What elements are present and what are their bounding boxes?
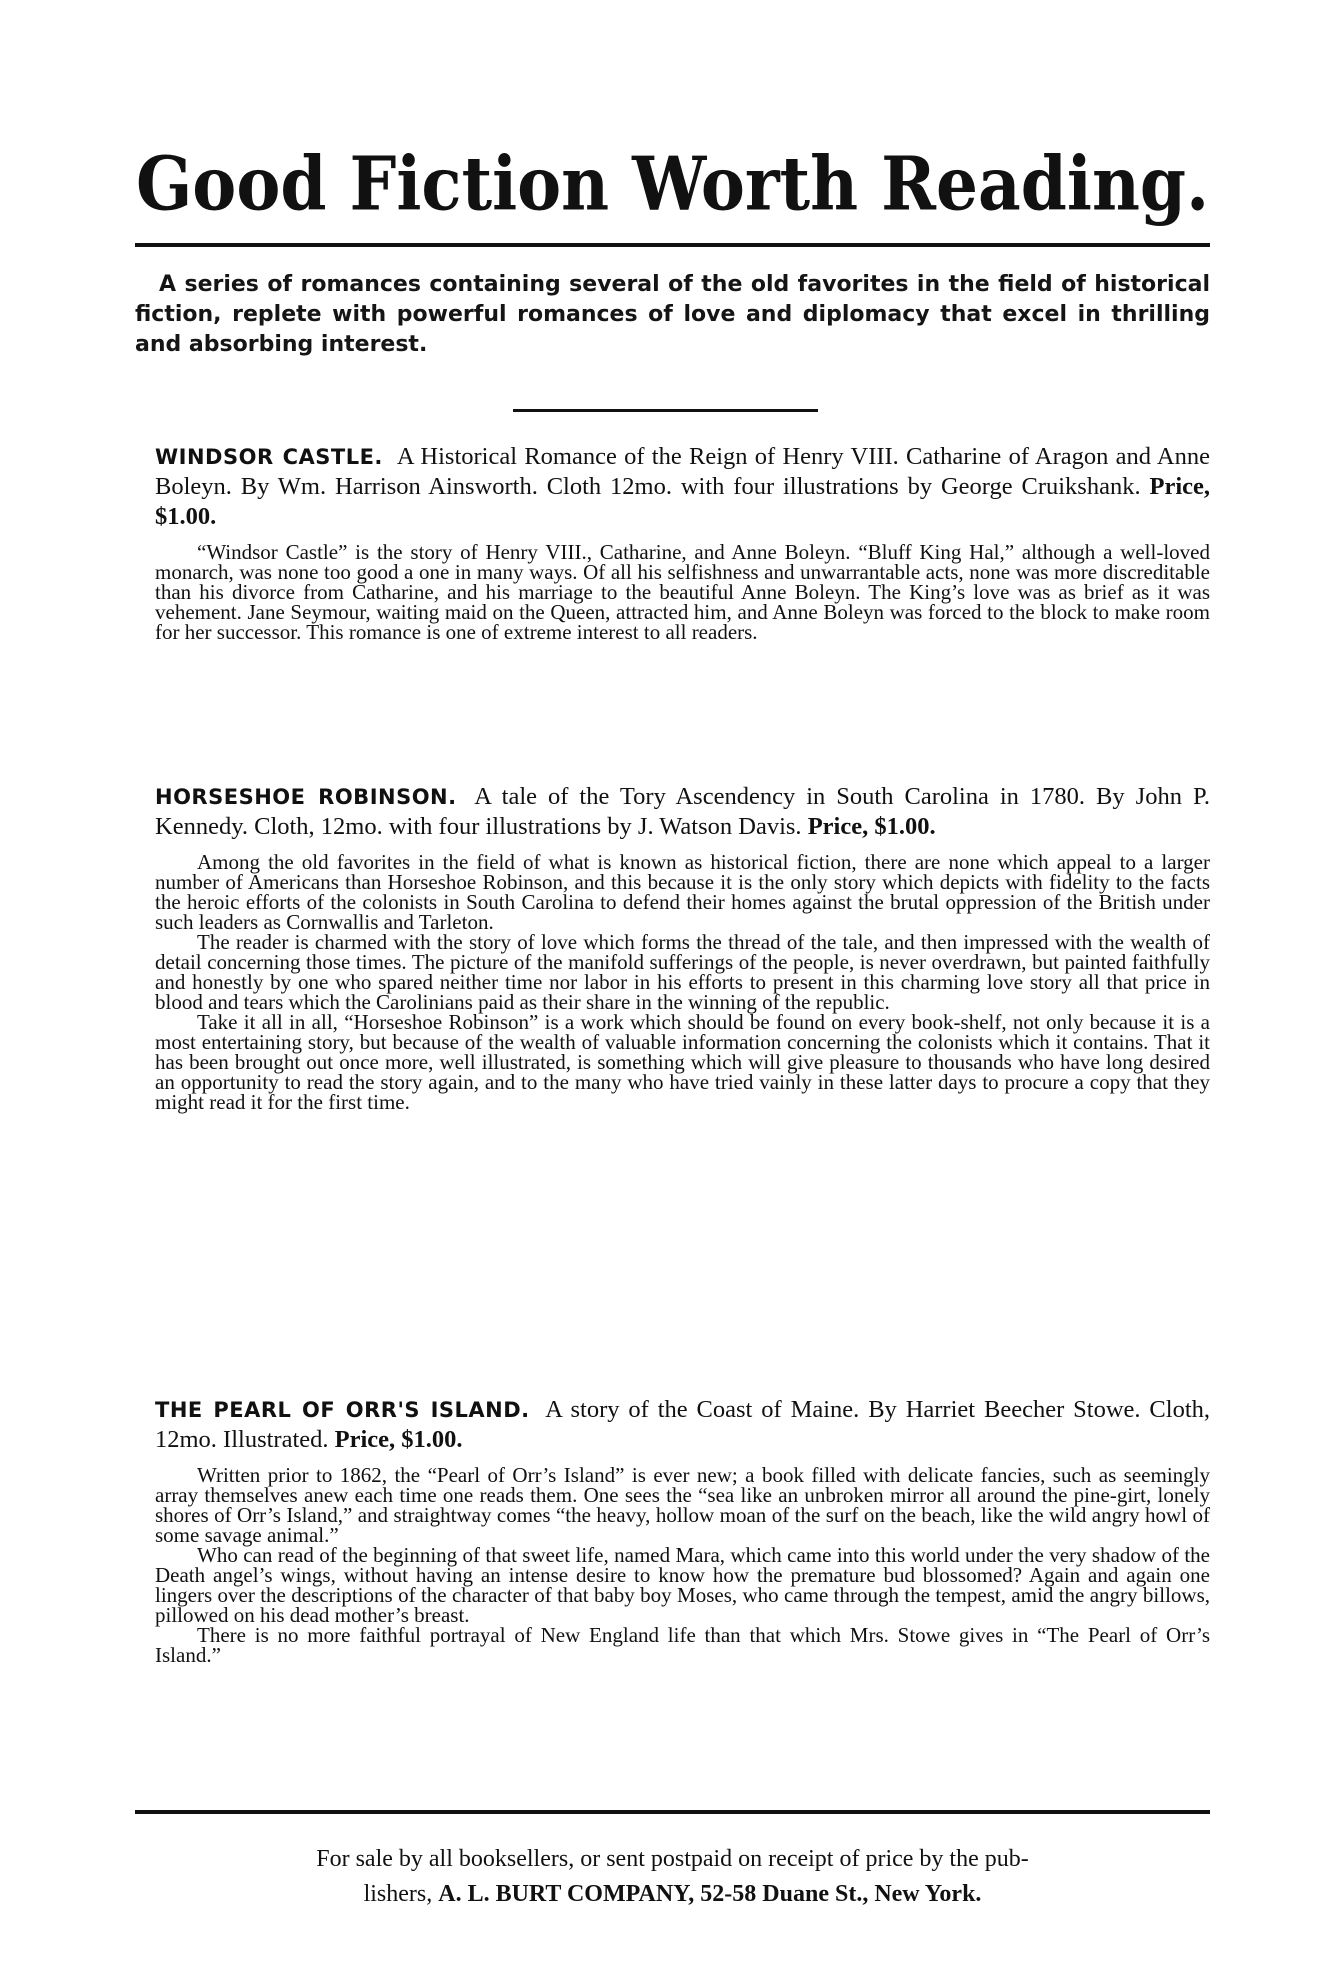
section-divider — [513, 409, 818, 412]
footer-line-2-prefix: lishers, — [364, 1881, 439, 1907]
description-paragraph: Who can read of the beginning of that sw… — [155, 1545, 1210, 1625]
book-header: HORSESHOE ROBINSON. A tale of the Tory A… — [155, 782, 1210, 842]
description-paragraph: The reader is charmed with the story of … — [155, 932, 1210, 1012]
description-paragraph: Among the old favorites in the field of … — [155, 852, 1210, 932]
description-paragraph: Written prior to 1862, the “Pearl of Orr… — [155, 1465, 1210, 1545]
book-title: WINDSOR CASTLE. — [155, 445, 383, 469]
page-title: Good Fiction Worth Reading. — [135, 140, 1210, 227]
book-title: HORSESHOE ROBINSON. — [155, 785, 457, 809]
book-entry-windsor-castle: WINDSOR CASTLE. A Historical Romance of … — [155, 442, 1210, 642]
book-title: THE PEARL OF ORR'S ISLAND. — [155, 1398, 530, 1422]
book-price: Price, $1.00. — [808, 813, 936, 840]
book-entry-pearl-of-orrs-island: THE PEARL OF ORR'S ISLAND. A story of th… — [155, 1395, 1210, 1665]
description-paragraph: Take it all in all, “Horseshoe Robinson”… — [155, 1012, 1210, 1112]
footer-line-1: For sale by all booksellers, or sent pos… — [135, 1842, 1210, 1877]
book-description: “Windsor Castle” is the story of Henry V… — [155, 542, 1210, 642]
publisher-address: A. L. BURT COMPANY, 52-58 Duane St., New… — [438, 1881, 981, 1907]
book-price: Price, $1.00. — [335, 1426, 463, 1453]
book-entry-horseshoe-robinson: HORSESHOE ROBINSON. A tale of the Tory A… — [155, 782, 1210, 1112]
title-rule — [135, 243, 1210, 247]
description-paragraph: “Windsor Castle” is the story of Henry V… — [155, 542, 1210, 642]
book-description: Written prior to 1862, the “Pearl of Orr… — [155, 1465, 1210, 1665]
footer-line-2: lishers, A. L. BURT COMPANY, 52-58 Duane… — [135, 1877, 1210, 1912]
intro-paragraph: A series of romances containing several … — [135, 270, 1210, 360]
book-description: Among the old favorites in the field of … — [155, 852, 1210, 1112]
footer-rule — [135, 1810, 1210, 1814]
book-header: WINDSOR CASTLE. A Historical Romance of … — [155, 442, 1210, 532]
description-paragraph: There is no more faithful portrayal of N… — [155, 1625, 1210, 1665]
footer-notice: For sale by all booksellers, or sent pos… — [135, 1842, 1210, 1912]
book-header: THE PEARL OF ORR'S ISLAND. A story of th… — [155, 1395, 1210, 1455]
